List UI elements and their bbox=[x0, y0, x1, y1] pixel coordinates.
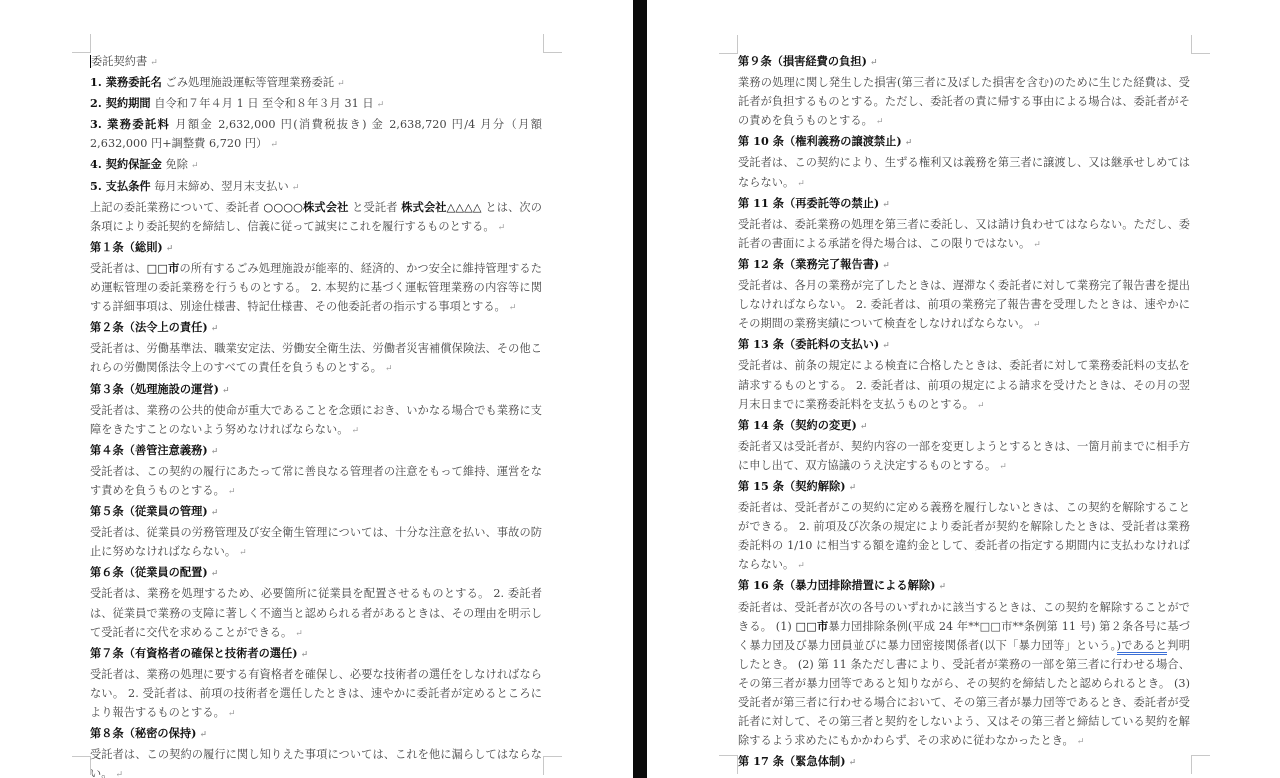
article-heading[interactable]: 第３条（処理施設の運営)↵ bbox=[90, 380, 542, 401]
page-corner-mark bbox=[72, 34, 91, 53]
article-body[interactable]: 受託者は、各月の業務が完了したときは、遅滞なく委託者に対して業務完了報告書を提出… bbox=[738, 276, 1190, 335]
paragraph-mark-icon: ↵ bbox=[337, 79, 345, 89]
paragraph-mark-icon: ↵ bbox=[239, 548, 247, 558]
article-heading[interactable]: 第７条（有資格者の確保と技術者の選任)↵ bbox=[90, 644, 542, 665]
article-heading[interactable]: 第２条（法令上の責任)↵ bbox=[90, 318, 542, 339]
paragraph-mark-icon: ↵ bbox=[211, 508, 219, 518]
summary-item[interactable]: 5. 支払条件 毎月末締め、翌月末支払い↵ bbox=[90, 177, 542, 198]
paragraph-mark-icon: ↵ bbox=[999, 462, 1007, 472]
article-body[interactable]: 委託者は、受託者がこの契約に定める義務を履行しないときは、この契約を解除すること… bbox=[738, 498, 1190, 576]
paragraph-mark-icon: ↵ bbox=[797, 561, 805, 571]
grammar-check-underline[interactable]: )であると bbox=[1117, 639, 1168, 655]
page-corner-mark bbox=[719, 35, 738, 54]
page-corner-mark bbox=[1191, 755, 1210, 774]
paragraph-mark-icon: ↵ bbox=[228, 487, 236, 497]
summary-item[interactable]: 3. 業務委託料 月額金 2,632,000 円(消費税抜き) 金 2,638,… bbox=[90, 115, 542, 155]
paragraph-mark-icon: ↵ bbox=[797, 179, 805, 189]
preamble[interactable]: 上記の委託業務について、委託者 ○○○○株式会社 と受託者 株式会社△△△△ と… bbox=[90, 198, 542, 238]
article-heading[interactable]: 第 11 条（再委託等の禁止)↵ bbox=[738, 194, 1190, 215]
paragraph-mark-icon: ↵ bbox=[938, 582, 946, 592]
paragraph-mark-icon: ↵ bbox=[849, 758, 857, 768]
article-heading[interactable]: 第 14 条（契約の変更)↵ bbox=[738, 416, 1190, 437]
article-heading[interactable]: 第 13 条（委託料の支払い)↵ bbox=[738, 335, 1190, 356]
paragraph-mark-icon: ↵ bbox=[1033, 320, 1041, 330]
article-heading[interactable]: 第９条（損害経費の負担)↵ bbox=[738, 52, 1190, 73]
article-body[interactable]: 受託者は、業務の処理に要する有資格者を確保し、必要な技術者の選任をしなければなら… bbox=[90, 665, 542, 724]
article-body[interactable]: 受託者は、この契約の履行にあたって常に善良なる管理者の注意をもって維持、運営をな… bbox=[90, 462, 542, 502]
paragraph-mark-icon: ↵ bbox=[876, 117, 884, 127]
paragraph-mark-icon: ↵ bbox=[509, 303, 517, 313]
paragraph-mark-icon: ↵ bbox=[351, 426, 359, 436]
article-body[interactable]: 受託者は、委託業務の処理を第三者に委託し、又は請け負わせてはならない。ただし、委… bbox=[738, 215, 1190, 255]
article-heading[interactable]: 第１条（総則)↵ bbox=[90, 238, 542, 259]
paragraph-mark-icon: ↵ bbox=[211, 447, 219, 457]
page-corner-mark bbox=[543, 34, 562, 53]
paragraph-mark-icon: ↵ bbox=[222, 386, 230, 396]
article-body[interactable]: 受託者は、□□市の所有するごみ処理施設が能率的、経済的、かつ安全に維持管理するた… bbox=[90, 259, 542, 318]
paragraph-mark-icon: ↵ bbox=[882, 200, 890, 210]
paragraph-mark-icon: ↵ bbox=[377, 100, 385, 110]
paragraph-mark-icon: ↵ bbox=[498, 223, 506, 233]
paragraph-mark-icon: ↵ bbox=[211, 569, 219, 579]
paragraph-mark-icon: ↵ bbox=[166, 244, 174, 254]
article-body[interactable]: 受託者は、従業員の労務管理及び安全衛生管理については、十分な注意を払い、事故の防… bbox=[90, 523, 542, 563]
article-heading[interactable]: 第 10 条（権利義務の譲渡禁止)↵ bbox=[738, 132, 1190, 153]
document-page-left: 委託契約書↵ 1. 業務委託名 ごみ処理施設運転等管理業務委託↵ 2. 契約期間… bbox=[0, 0, 633, 778]
summary-item[interactable]: 1. 業務委託名 ごみ処理施設運転等管理業務委託↵ bbox=[90, 73, 542, 94]
paragraph-mark-icon: ↵ bbox=[211, 324, 219, 334]
paragraph-mark-icon: ↵ bbox=[150, 58, 158, 68]
paragraph-mark-icon: ↵ bbox=[228, 709, 236, 719]
paragraph-mark-icon: ↵ bbox=[882, 261, 890, 271]
paragraph-mark-icon: ↵ bbox=[292, 183, 300, 193]
article-body[interactable]: 受託者は、労働基準法、職業安定法、労働安全衛生法、労働者災害補償保険法、その他こ… bbox=[90, 339, 542, 379]
paragraph-mark-icon: ↵ bbox=[115, 770, 123, 778]
paragraph-mark-icon: ↵ bbox=[191, 161, 199, 171]
paragraph-mark-icon: ↵ bbox=[385, 364, 393, 374]
page-corner-mark bbox=[72, 756, 91, 775]
article-body[interactable]: 受託者は、前条の規定による検査に合格したときは、委託者に対して業務委託料の支払を… bbox=[738, 356, 1190, 415]
article-heading[interactable]: 第８条（秘密の保持)↵ bbox=[90, 724, 542, 745]
page-corner-mark bbox=[543, 756, 562, 775]
paragraph-mark-icon: ↵ bbox=[1077, 737, 1085, 747]
article-heading[interactable]: 第 15 条（契約解除)↵ bbox=[738, 477, 1190, 498]
paragraph-mark-icon: ↵ bbox=[870, 58, 878, 68]
paragraph-mark-icon: ↵ bbox=[301, 650, 309, 660]
paragraph-mark-icon: ↵ bbox=[905, 138, 913, 148]
summary-item[interactable]: 4. 契約保証金 免除↵ bbox=[90, 155, 542, 176]
article-body[interactable]: 受託者は、業務を処理するため、必要箇所に従業員を配置させるものとする。 2. 委… bbox=[90, 584, 542, 643]
article-body[interactable]: 受託者は、この契約の履行に関し知りえた事項については、これを他に漏らしてはならな… bbox=[90, 745, 542, 778]
article-heading[interactable]: 第 17 条（緊急体制)↵ bbox=[738, 752, 1190, 773]
page-corner-mark bbox=[1191, 35, 1210, 54]
page-divider bbox=[633, 0, 647, 778]
paragraph-mark-icon: ↵ bbox=[1033, 240, 1041, 250]
article-body[interactable]: 受託者は、業務の公共的使命が重大であることを念頭におき、いかなる場合でも業務に支… bbox=[90, 401, 542, 441]
paragraph-mark-icon: ↵ bbox=[199, 730, 207, 740]
page-corner-mark bbox=[719, 755, 738, 774]
page-body[interactable]: 委託契約書↵ 1. 業務委託名 ごみ処理施設運転等管理業務委託↵ 2. 契約期間… bbox=[90, 52, 542, 778]
article-heading[interactable]: 第 16 条（暴力団排除措置による解除)↵ bbox=[738, 576, 1190, 597]
article-heading[interactable]: 第６条（従業員の配置)↵ bbox=[90, 563, 542, 584]
article-body[interactable]: 委託者又は受託者が、契約内容の一部を変更しようとするときは、一箇月前までに相手方… bbox=[738, 437, 1190, 477]
paragraph-mark-icon: ↵ bbox=[882, 341, 890, 351]
article-body[interactable]: 業務の処理に関し発生した損害(第三者に及ぼした損害を含む)のために生じた経費は、… bbox=[738, 73, 1190, 132]
article-body[interactable]: 受託者は、この契約により、生ずる権利又は義務を第三者に譲渡し、又は継承せしめては… bbox=[738, 153, 1190, 193]
article-heading[interactable]: 第５条（従業員の管理)↵ bbox=[90, 502, 542, 523]
paragraph-mark-icon: ↵ bbox=[860, 422, 868, 432]
article-heading[interactable]: 第 12 条（業務完了報告書)↵ bbox=[738, 255, 1190, 276]
page-body[interactable]: 第９条（損害経費の負担)↵ 業務の処理に関し発生した損害(第三者に及ぼした損害を… bbox=[738, 52, 1190, 773]
document-title[interactable]: 委託契約書↵ bbox=[90, 52, 542, 73]
paragraph-mark-icon: ↵ bbox=[270, 140, 278, 150]
paragraph-mark-icon: ↵ bbox=[977, 401, 985, 411]
paragraph-mark-icon: ↵ bbox=[295, 629, 303, 639]
article-heading[interactable]: 第４条（善管注意義務)↵ bbox=[90, 441, 542, 462]
article-body[interactable]: 委託者は、受託者が次の各号のいずれかに該当するときは、この契約を解除することがで… bbox=[738, 598, 1190, 753]
paragraph-mark-icon: ↵ bbox=[849, 483, 857, 493]
summary-item[interactable]: 2. 契約期間 自令和７年４月 1 日 至令和８年３月 31 日↵ bbox=[90, 94, 542, 115]
